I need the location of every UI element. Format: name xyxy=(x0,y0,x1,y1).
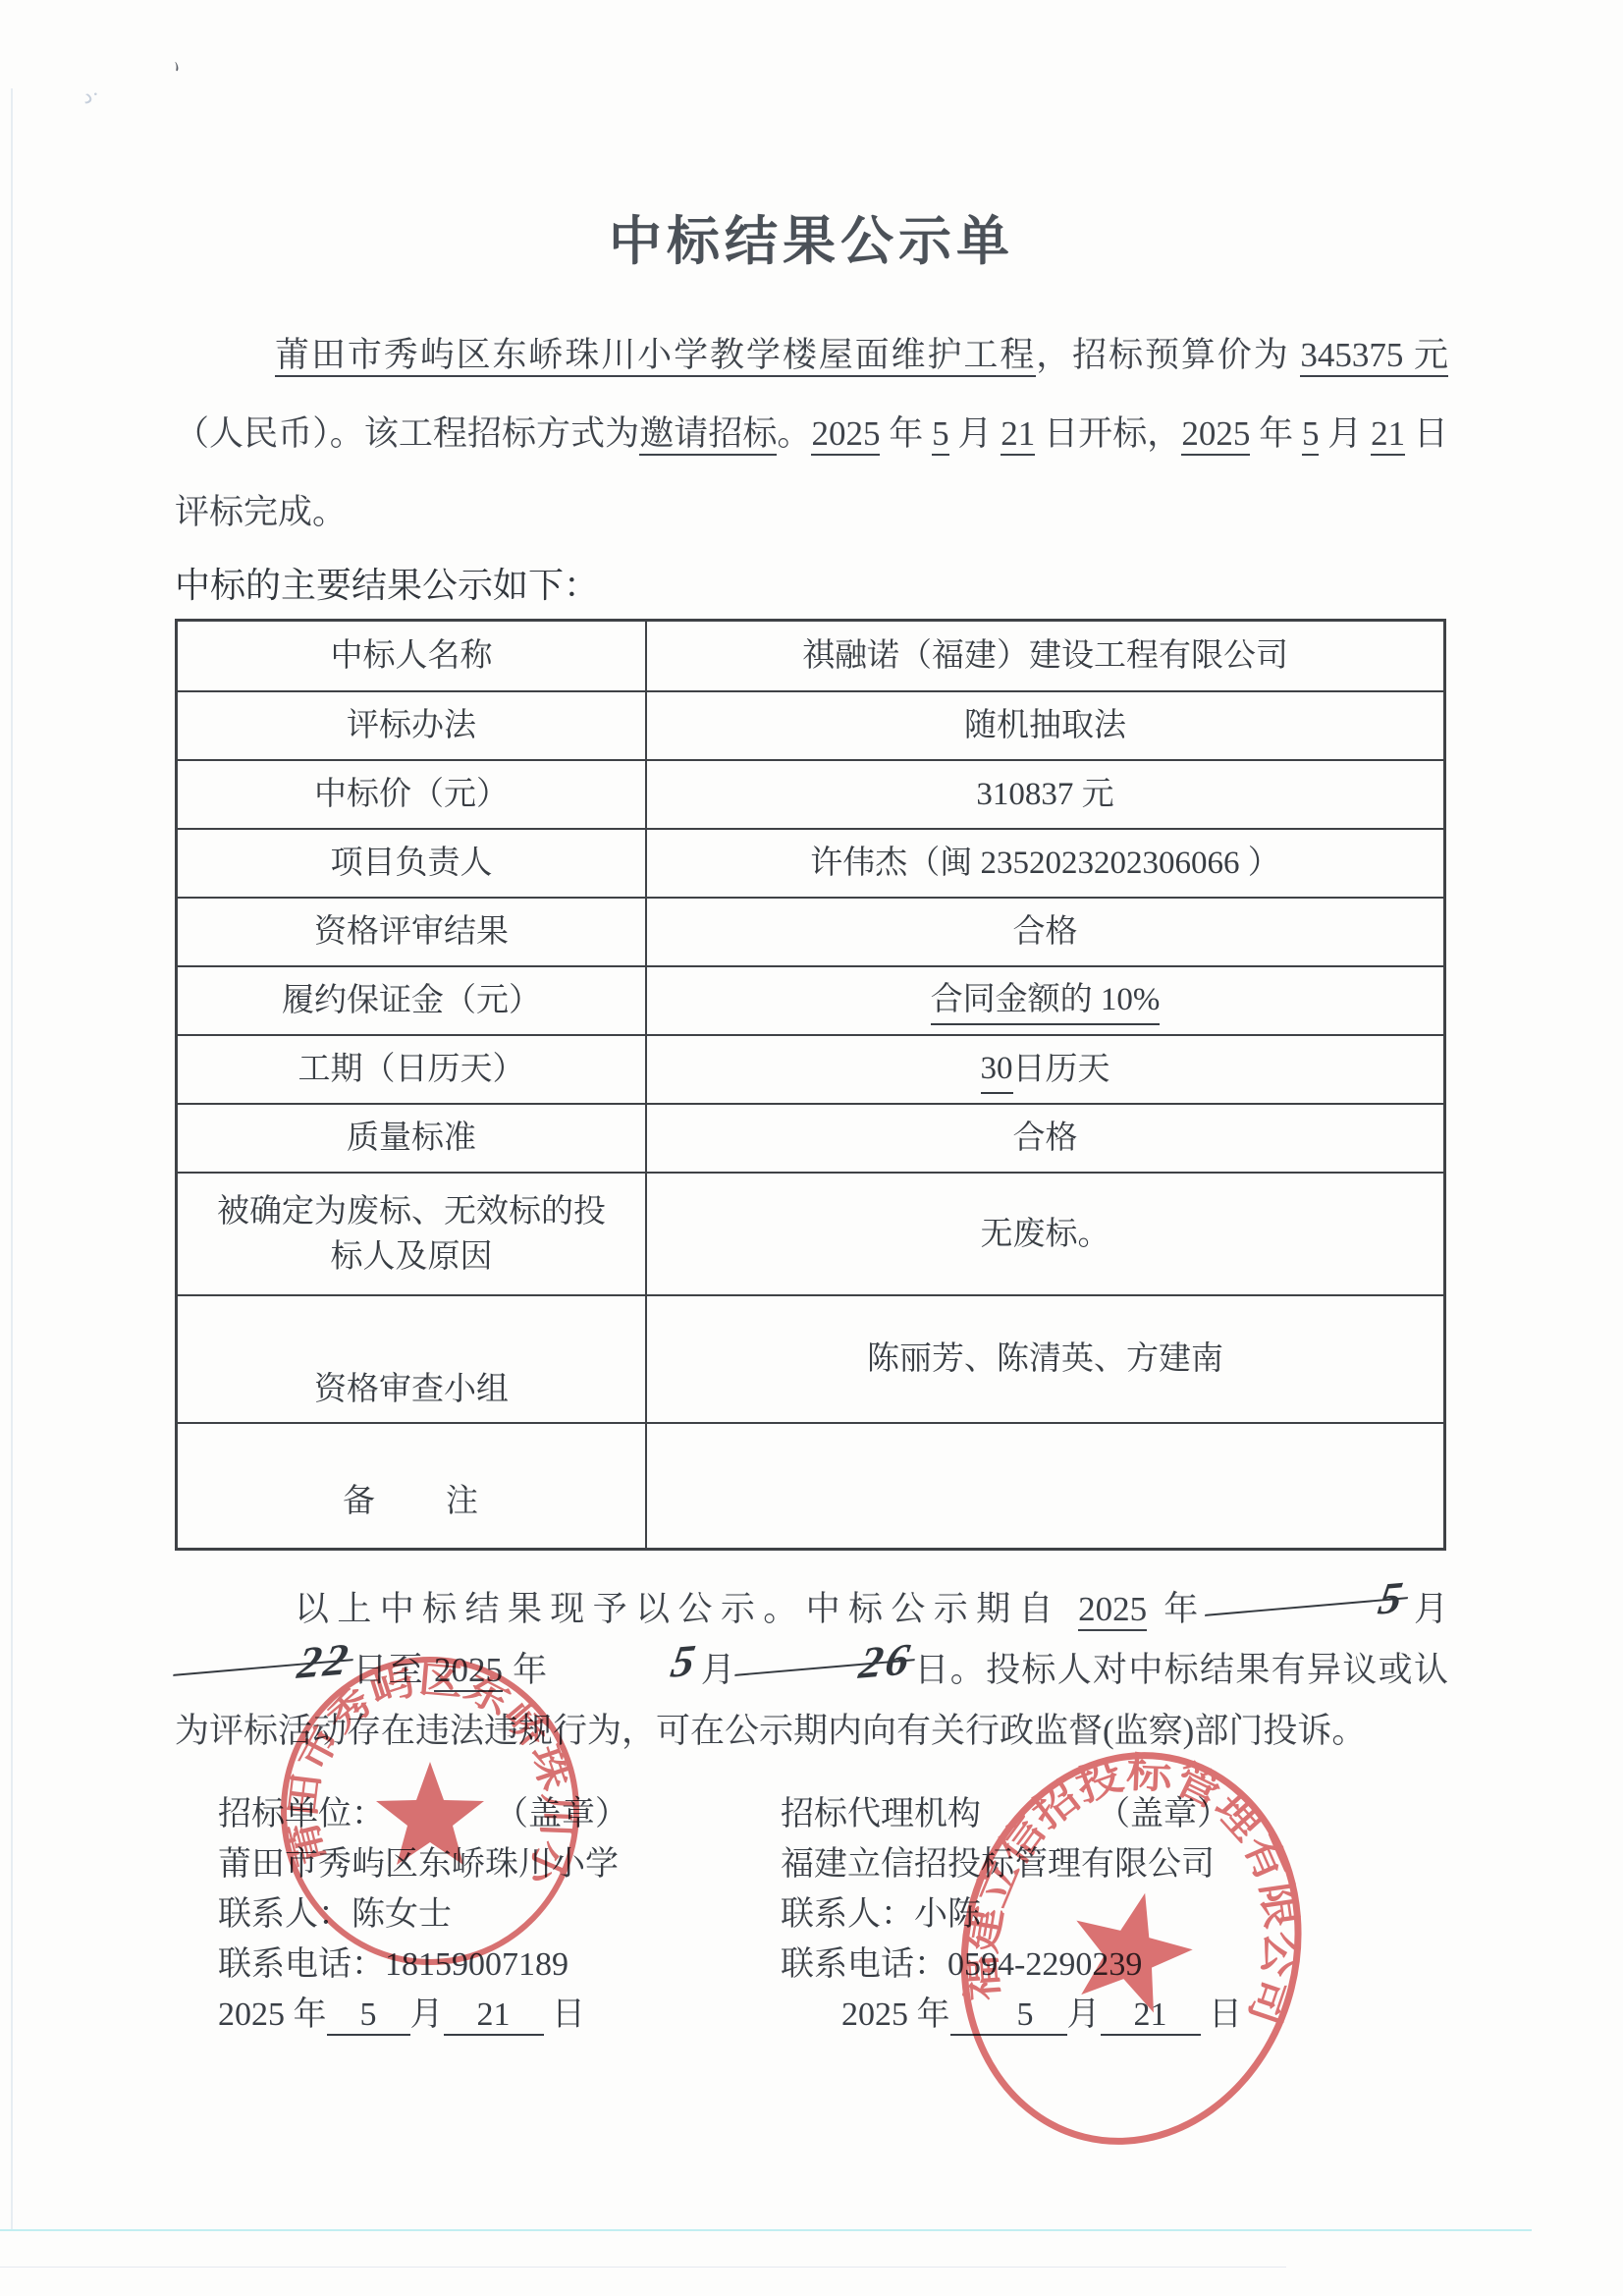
agency-seal-label: （盖章） xyxy=(1097,1789,1230,1839)
text-segment: 日历天 xyxy=(1013,1047,1110,1092)
row-value-cell: 祺融诺（福建）建设工程有限公司 xyxy=(647,622,1443,690)
row-label-cell: 履约保证金（元） xyxy=(178,967,647,1034)
text-segment: 5 xyxy=(950,1996,1067,2036)
agency-label: 招标代理机构 xyxy=(781,1789,981,1839)
text-segment: 月 xyxy=(1319,414,1371,453)
row-label-cell: 备 注 xyxy=(178,1424,647,1548)
tenderer-date: 2025 年 5 月 21 日 xyxy=(218,1990,628,2040)
text-segment: 许伟杰（闽 2352023202306066 ） xyxy=(810,841,1280,886)
text-segment: 月 xyxy=(1406,1590,1448,1628)
text-segment: 21 xyxy=(444,1996,544,2036)
table-row: 项目负责人许伟杰（闽 2352023202306066 ） xyxy=(178,828,1443,897)
agency-phone: 联系电话：0594-2290239 xyxy=(781,1940,1242,1990)
handwritten-text: 22 xyxy=(173,1659,353,1676)
text-segment: 。 xyxy=(777,414,811,453)
tenderer-block: 招标单位： （盖章） 莆田市秀屿区东峤珠川小学 联系人：陈女士 联系电话：181… xyxy=(218,1789,628,2040)
text-segment: 祺融诺（福建）建设工程有限公司 xyxy=(802,633,1288,679)
text-segment: 21 xyxy=(1371,414,1405,456)
handwritten-text: 26 xyxy=(734,1659,915,1676)
table-intro-text: 中标的主要结果公示如下： xyxy=(175,558,599,608)
agency-org: 福建立信招投标管理有限公司 xyxy=(781,1839,1242,1889)
row-label-cell: 中标价（元） xyxy=(178,761,647,828)
text-segment: 陈丽芳、陈清英、方建南 xyxy=(867,1337,1223,1382)
text-segment: 莆田市秀屿区东峤珠川小学教学楼屋面维护工程 xyxy=(275,336,1036,377)
text-segment: 21 xyxy=(1001,414,1035,456)
row-value-cell: 陈丽芳、陈清英、方建南 xyxy=(647,1296,1443,1422)
text-segment: 345375 元 xyxy=(1300,336,1448,377)
text-segment: 日 xyxy=(1201,1996,1243,2033)
agency-date: 2025 年 5 月 21 日 xyxy=(841,1990,1242,2040)
table-row: 工期（日历天）30 日历天 xyxy=(178,1034,1443,1103)
agency-contact: 联系人：小陈 xyxy=(781,1889,1242,1940)
handwritten-text: 5 xyxy=(547,1660,701,1672)
intro-paragraph: 莆田市秀屿区东峤珠川小学教学楼屋面维护工程，招标预算价为 345375 元（人民… xyxy=(175,316,1448,552)
text-segment: 月 xyxy=(410,1996,444,2033)
text-segment: 无废标。 xyxy=(981,1212,1110,1257)
text-segment: 5 xyxy=(932,414,949,456)
text-segment: 5 xyxy=(1302,414,1320,456)
agency-block: 招标代理机构 （盖章） 福建立信招投标管理有限公司 联系人：小陈 联系电话：05… xyxy=(781,1789,1242,2040)
row-label-cell: 中标人名称 xyxy=(178,622,647,690)
scan-edge-line xyxy=(11,88,13,2229)
row-label-cell: 项目负责人 xyxy=(178,830,647,897)
tenderer-phone: 联系电话：18159007189 xyxy=(218,1940,628,1990)
scan-artifact-mark: ヽ xyxy=(161,48,191,82)
tenderer-org: 莆田市秀屿区东峤珠川小学 xyxy=(218,1839,628,1889)
row-value-cell: 无废标。 xyxy=(647,1174,1443,1294)
text-segment: 年 xyxy=(880,414,932,453)
tenderer-contact: 联系人：陈女士 xyxy=(218,1889,628,1940)
text-segment: 日至 xyxy=(352,1651,434,1689)
page-title: 中标结果公示单 xyxy=(0,199,1623,275)
text-segment: 年 xyxy=(1250,414,1302,453)
row-label-cell: 资格评审结果 xyxy=(178,899,647,965)
text-segment: 21 xyxy=(1101,1996,1201,2036)
handwritten-text: 5 xyxy=(1205,1597,1408,1616)
results-table: 中标人名称祺融诺（福建）建设工程有限公司评标办法随机抽取法中标价（元）31083… xyxy=(175,619,1446,1551)
text-segment: 5 xyxy=(327,1996,410,2036)
table-row: 资格审查小组陈丽芳、陈清英、方建南 xyxy=(178,1294,1443,1422)
text-segment: 2025 xyxy=(1181,414,1250,456)
text-segment: 月 xyxy=(699,1651,736,1689)
text-segment: 日开标， xyxy=(1035,414,1181,453)
text-segment: ，招标预算价为 xyxy=(1036,336,1300,374)
scan-artifact-scribble: د· xyxy=(80,82,101,110)
closing-paragraph: 以上中标结果现予以公示。中标公示期自 2025 年 5 月 22日至 2025 … xyxy=(175,1579,1448,1762)
row-value-cell: 合格 xyxy=(647,899,1443,965)
row-value-cell xyxy=(647,1424,1443,1548)
text-segment: 以上中标结果现予以公示。中标公示期自 xyxy=(295,1590,1078,1628)
text-segment: 合格 xyxy=(1013,909,1078,955)
table-row: 评标办法随机抽取法 xyxy=(178,690,1443,759)
text-segment: 2025 xyxy=(811,414,880,456)
text-segment: 年 xyxy=(503,1651,548,1689)
text-segment: （人民币）。该工程招标方式为 xyxy=(175,414,639,453)
row-label-cell: 被确定为废标、无效标的投标人及原因 xyxy=(178,1174,647,1294)
text-segment: 日 xyxy=(544,1996,586,2033)
table-row: 中标人名称祺融诺（福建）建设工程有限公司 xyxy=(178,622,1443,690)
document-page: ヽ د· 中标结果公示单 莆田市秀屿区东峤珠川小学教学楼屋面维护工程，招标预算价… xyxy=(0,0,1623,2296)
row-value-cell: 许伟杰（闽 2352023202306066 ） xyxy=(647,830,1443,897)
text-segment: 邀请招标 xyxy=(639,414,777,456)
text-segment: 2025 年 xyxy=(841,1996,950,2033)
text-segment: 随机抽取法 xyxy=(964,703,1126,748)
row-label-cell: 质量标准 xyxy=(178,1105,647,1172)
row-value-cell: 随机抽取法 xyxy=(647,692,1443,759)
row-value-cell: 30 日历天 xyxy=(647,1036,1443,1103)
table-row: 中标价（元）310837 元 xyxy=(178,759,1443,828)
text-segment: 2025 xyxy=(1078,1590,1147,1631)
row-value-cell: 310837 元 xyxy=(647,761,1443,828)
tenderer-seal-label: （盖章） xyxy=(495,1789,628,1839)
table-row: 资格评审结果合格 xyxy=(178,897,1443,965)
row-value-cell: 合格 xyxy=(647,1105,1443,1172)
text-segment: 310837 元 xyxy=(976,772,1113,817)
text-segment: 月 xyxy=(1067,1996,1101,2033)
table-row: 被确定为废标、无效标的投标人及原因无废标。 xyxy=(178,1172,1443,1294)
text-segment: 2025 xyxy=(434,1651,503,1692)
tenderer-label: 招标单位： xyxy=(218,1789,385,1839)
table-row: 备 注 xyxy=(178,1422,1443,1548)
row-label-cell: 资格审查小组 xyxy=(178,1296,647,1422)
row-label-cell: 评标办法 xyxy=(178,692,647,759)
text-segment: 年 xyxy=(1147,1590,1207,1628)
text-segment: 月 xyxy=(949,414,1001,453)
row-value-cell: 合同金额的 10% xyxy=(647,967,1443,1034)
text-segment: 合同金额的 10% xyxy=(931,977,1161,1025)
text-segment: 2025 年 xyxy=(218,1996,327,2033)
table-row: 质量标准合格 xyxy=(178,1103,1443,1172)
scan-faint-line xyxy=(0,2267,1286,2268)
scan-cyan-line xyxy=(0,2229,1532,2231)
text-segment: 30 xyxy=(981,1046,1013,1094)
row-label-cell: 工期（日历天） xyxy=(178,1036,647,1103)
text-segment: 合格 xyxy=(1013,1116,1078,1161)
table-row: 履约保证金（元）合同金额的 10% xyxy=(178,965,1443,1034)
